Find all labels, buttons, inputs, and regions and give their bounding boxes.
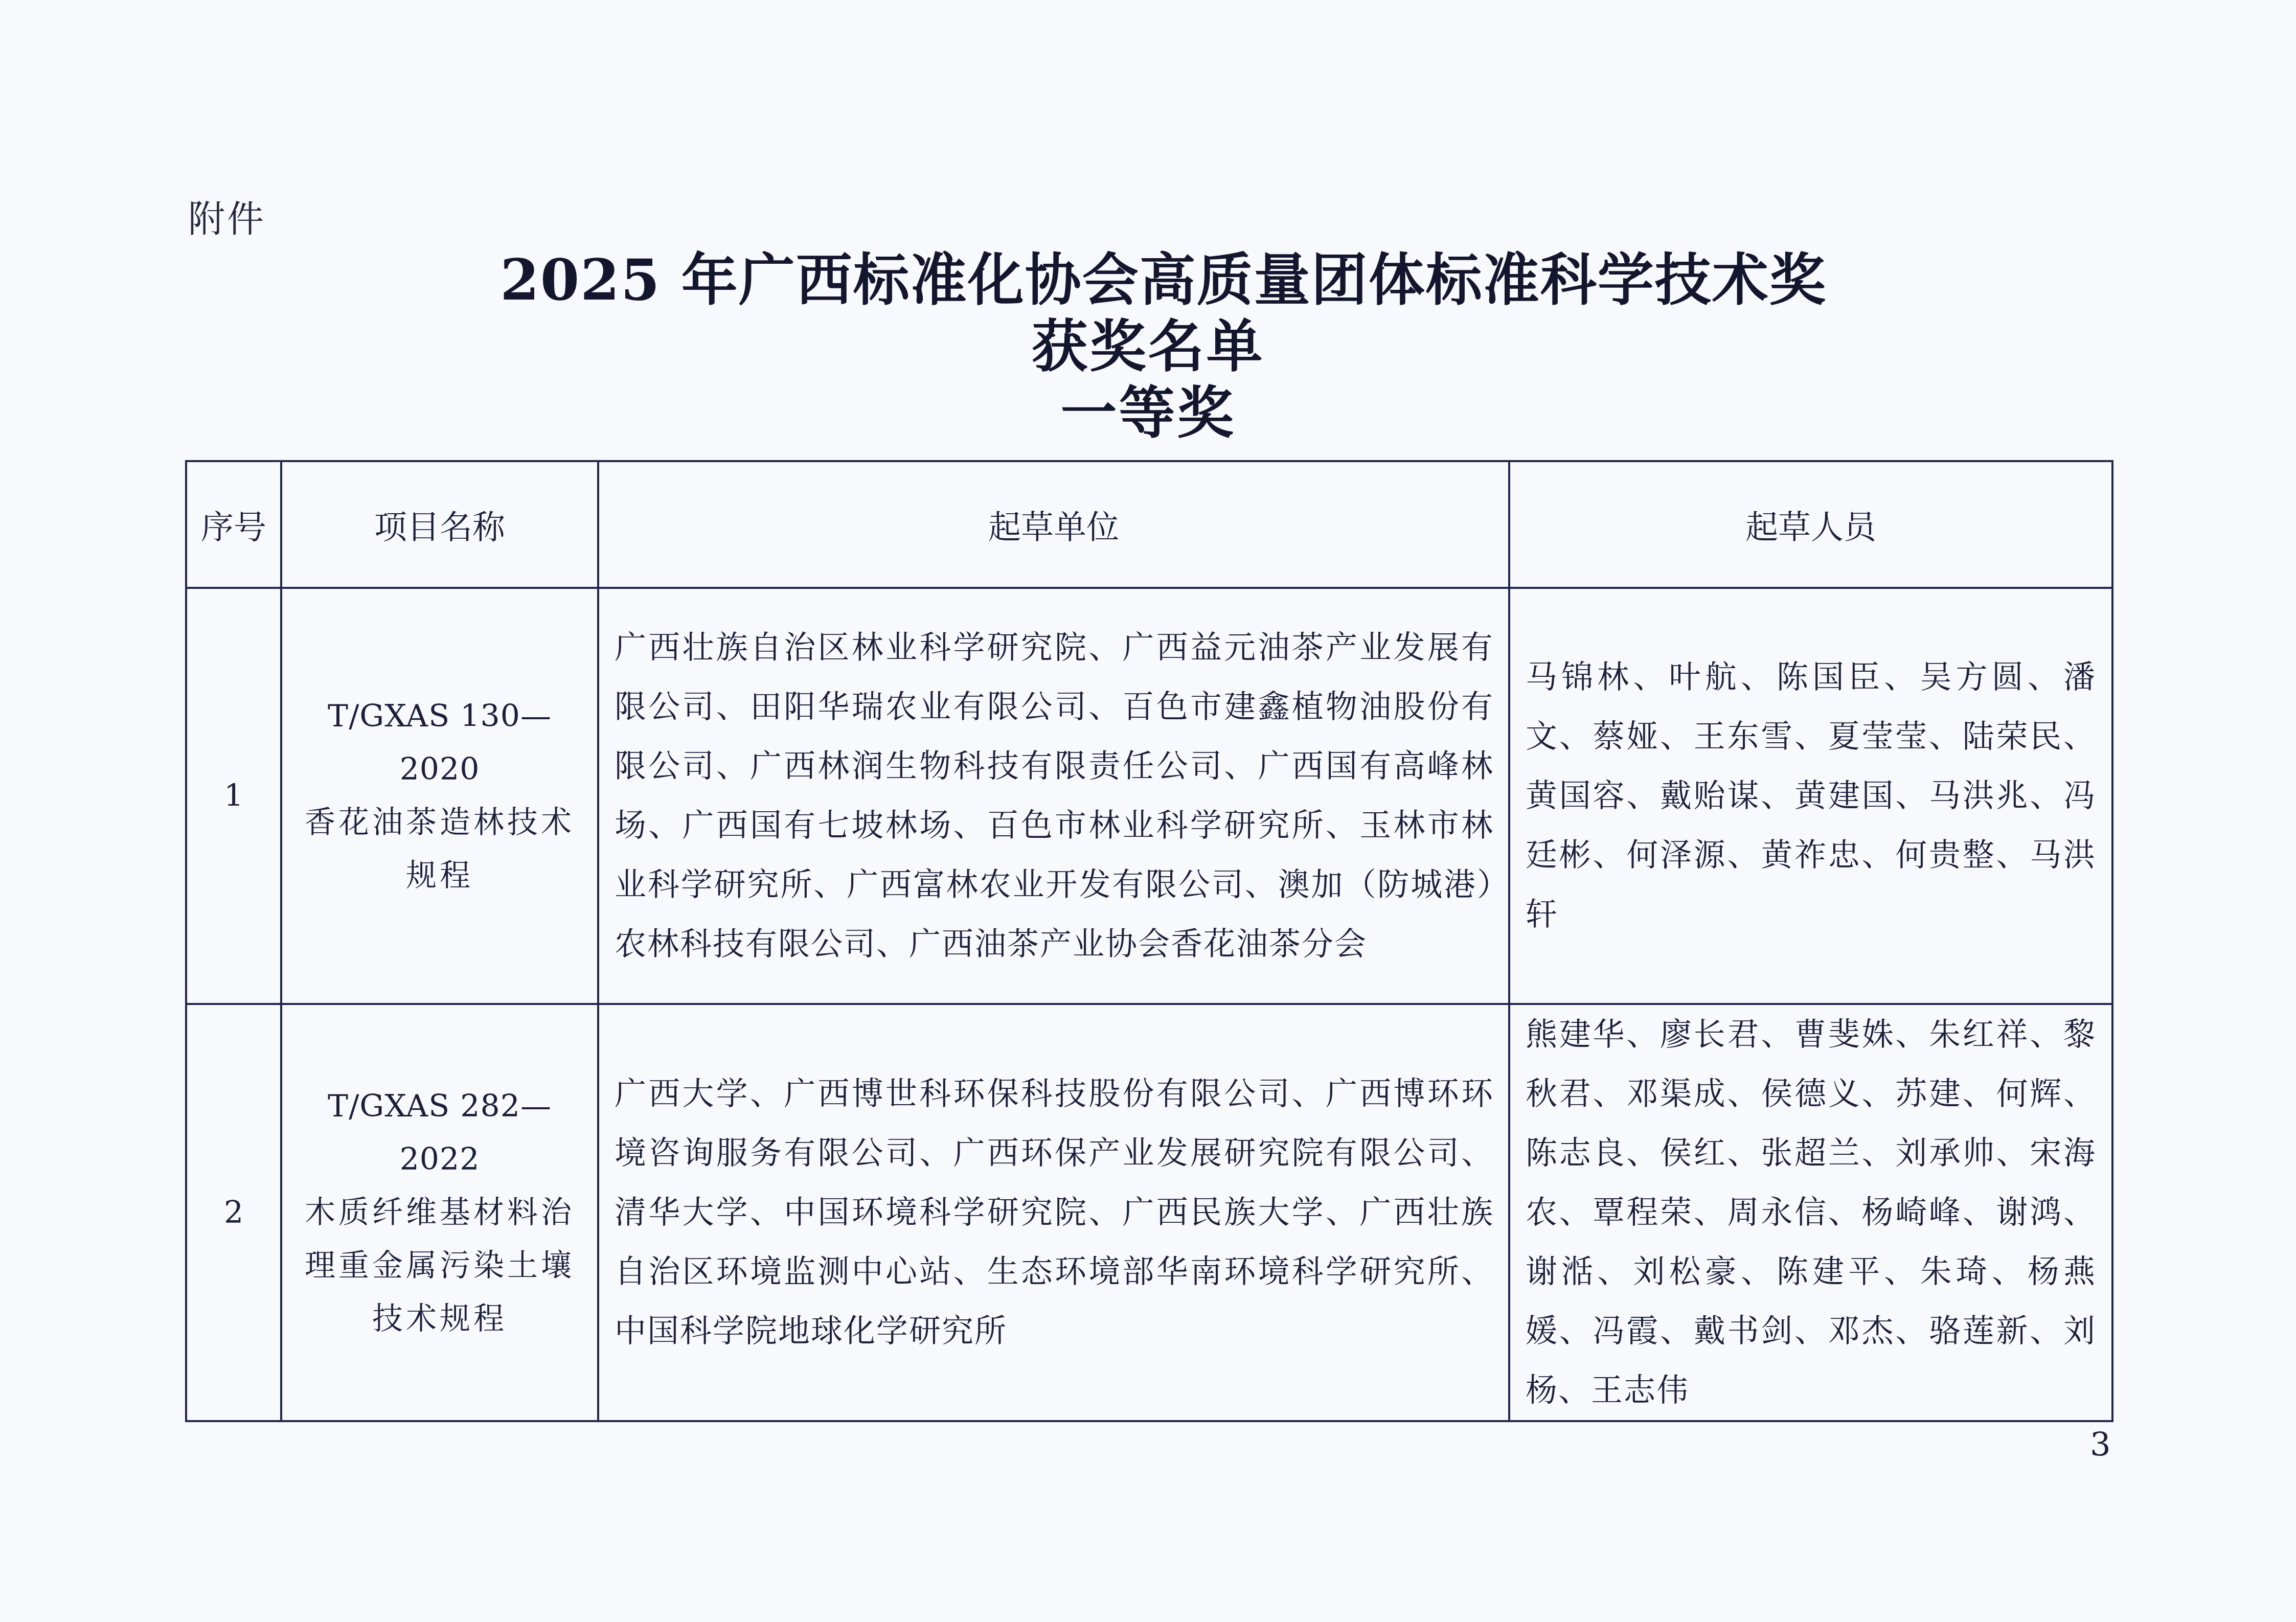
attachment-label: 附件 — [188, 189, 266, 242]
row-drafting-units: 广西大学、广西博世科环保科技股份有限公司、广西博环环境咨询服务有限公司、广西环保… — [598, 1004, 1509, 1421]
row-project-name: T/GXAS 130—2020 香花油茶造林技术规程 — [281, 588, 598, 1004]
header-project-name: 项目名称 — [281, 461, 598, 588]
standard-code: T/GXAS 282—2022 — [292, 1080, 587, 1186]
award-winners-table: 序号 项目名称 起草单位 起草人员 1 T/GXAS 130—2020 香花油茶… — [185, 460, 2113, 1422]
row-seq: 1 — [186, 588, 281, 1004]
row-project-name: T/GXAS 282—2022 木质纤维基材料治理重金属污染土壤技术规程 — [281, 1004, 598, 1421]
table-header-row: 序号 项目名称 起草单位 起草人员 — [186, 461, 2112, 588]
page-number: 3 — [2090, 1426, 2111, 1464]
row-drafters: 马锦林、叶航、陈国臣、吴方圆、潘文、蔡娅、王东雪、夏莹莹、陆荣民、黄国容、戴贻谋… — [1509, 588, 2112, 1004]
table-row: 2 T/GXAS 282—2022 木质纤维基材料治理重金属污染土壤技术规程 广… — [186, 1004, 2112, 1421]
row-drafting-units: 广西壮族自治区林业科学研究院、广西益元油茶产业发展有限公司、田阳华瑞农业有限公司… — [598, 588, 1509, 1004]
header-drafting-units: 起草单位 — [598, 461, 1509, 588]
standard-title: 香花油茶造林技术规程 — [292, 796, 587, 902]
award-level-heading: 一等奖 — [0, 368, 2296, 449]
standard-title: 木质纤维基材料治理重金属污染土壤技术规程 — [292, 1186, 587, 1345]
row-seq: 2 — [186, 1004, 281, 1421]
header-drafters: 起草人员 — [1509, 461, 2112, 588]
standard-code: T/GXAS 130—2020 — [292, 690, 587, 796]
row-drafters: 熊建华、廖长君、曹斐姝、朱红祥、黎秋君、邓渠成、侯德义、苏建、何辉、陈志良、侯红… — [1509, 1004, 2112, 1421]
header-seq: 序号 — [186, 461, 281, 588]
table-row: 1 T/GXAS 130—2020 香花油茶造林技术规程 广西壮族自治区林业科学… — [186, 588, 2112, 1004]
